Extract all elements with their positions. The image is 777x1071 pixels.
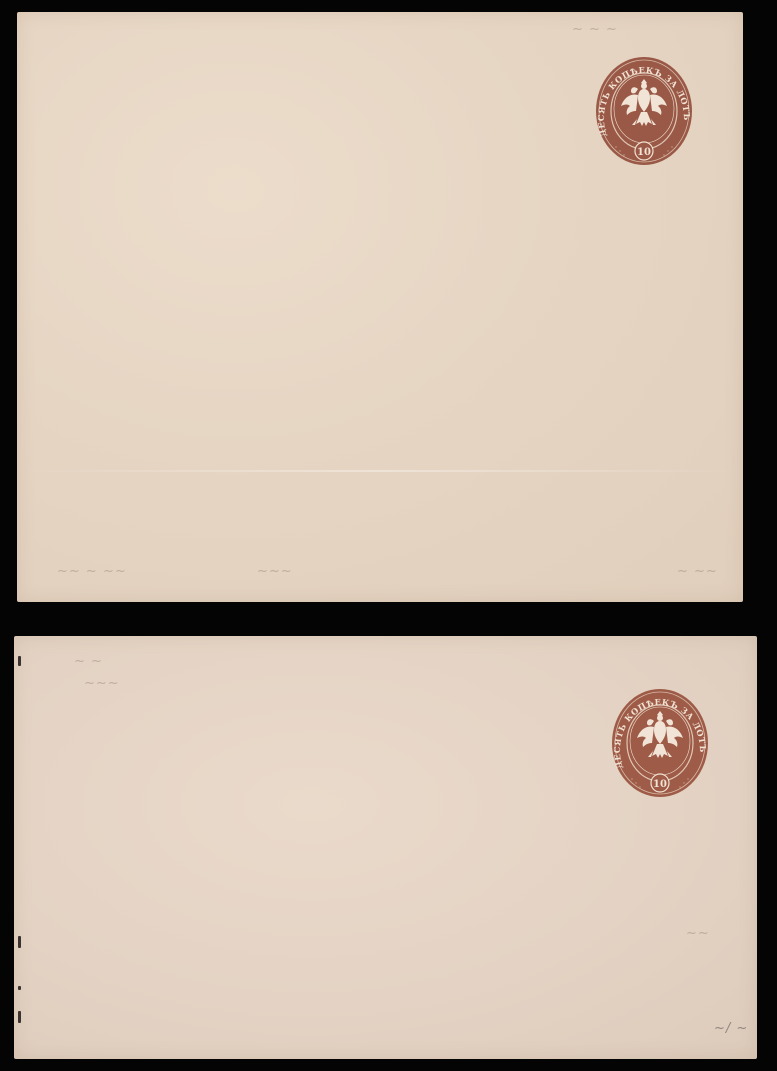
pencil-notation: ~~ xyxy=(686,926,710,941)
pencil-notation: ~~~ xyxy=(257,564,293,579)
pencil-notation: ~ ~ xyxy=(74,654,103,669)
edge-mark xyxy=(18,936,21,948)
double-headed-eagle-icon xyxy=(610,687,710,799)
edge-mark xyxy=(18,1011,21,1023)
edge-mark xyxy=(18,986,21,990)
pencil-notation: ~/ ~ xyxy=(714,1021,748,1036)
fold-crease xyxy=(17,470,743,472)
envelope-top: ~ ~ ~ ~~ ~ ~~ ~~~ ~ ~~ xyxy=(17,12,743,602)
printed-stamp-10-kopeck xyxy=(594,55,694,167)
pencil-notation: ~~~ xyxy=(84,676,120,691)
printed-stamp-10-kopeck xyxy=(610,687,710,799)
edge-mark xyxy=(18,656,21,666)
pencil-notation: ~ ~~ xyxy=(677,564,718,579)
envelope-bottom: ~ ~ ~~~ ~~ ~/ ~ xyxy=(14,636,757,1059)
double-headed-eagle-icon xyxy=(594,55,694,167)
pencil-notation: ~ ~ ~ xyxy=(572,22,618,37)
pencil-notation: ~~ ~ ~~ xyxy=(57,564,127,579)
